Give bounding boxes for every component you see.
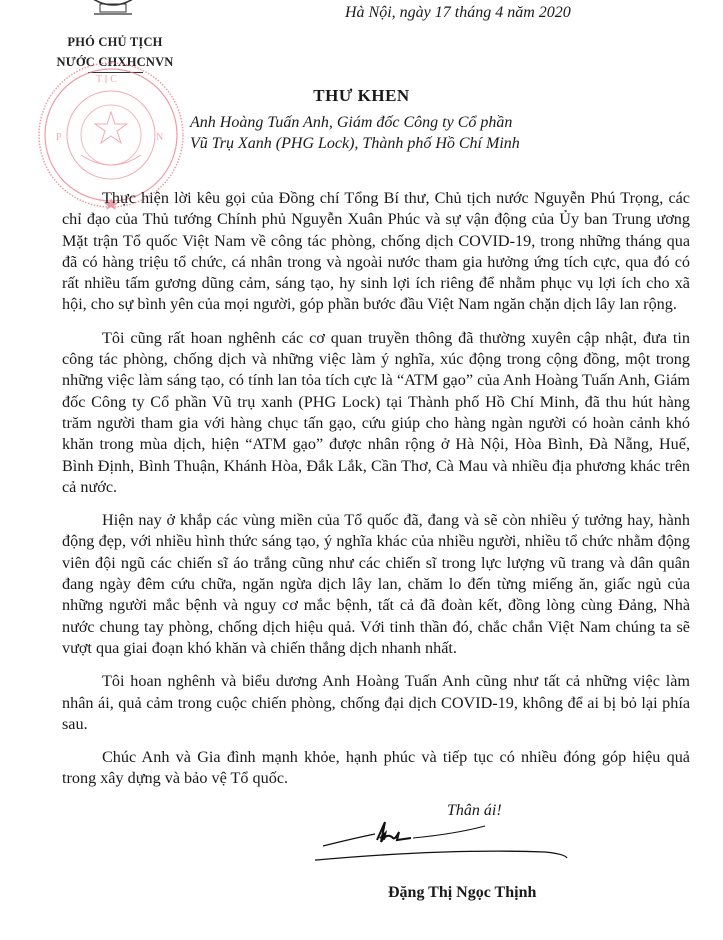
letter-body: Thực hiện lời kêu gọi của Đồng chí Tổng … xyxy=(62,188,690,802)
handwritten-signature-icon xyxy=(315,818,615,878)
body-paragraph: Chúc Anh và Gia đình mạnh khỏe, hạnh phú… xyxy=(62,747,690,790)
recipient-block: Anh Hoàng Tuấn Anh, Giám đốc Công ty Cổ … xyxy=(190,112,520,154)
body-paragraph: Hiện nay ở khắp các vùng miền của Tổ quố… xyxy=(62,510,690,659)
body-paragraph: Tôi hoan nghênh và biểu dương Anh Hoàng … xyxy=(62,671,690,735)
svg-text:T Ị C: T Ị C xyxy=(96,74,117,85)
svg-text:P: P xyxy=(56,132,62,143)
letter-title: THƯ KHEN xyxy=(0,86,723,106)
recipient-line2: Vũ Trụ Xanh (PHG Lock), Thành phố Hồ Chí… xyxy=(190,133,520,154)
signer-name: Đặng Thị Ngọc Thịnh xyxy=(388,884,536,902)
svg-text:N: N xyxy=(156,132,163,143)
body-paragraph: Thực hiện lời kêu gọi của Đồng chí Tổng … xyxy=(62,188,690,316)
dateline: Hà Nội, ngày 17 tháng 4 năm 2020 xyxy=(345,4,571,22)
national-emblem-icon xyxy=(78,0,148,18)
body-paragraph: Tôi cũng rất hoan nghênh các cơ quan tru… xyxy=(62,328,690,498)
recipient-line1: Anh Hoàng Tuấn Anh, Giám đốc Công ty Cổ … xyxy=(190,112,520,133)
issuing-authority-line1: PHÓ CHỦ TỊCH xyxy=(40,32,190,52)
